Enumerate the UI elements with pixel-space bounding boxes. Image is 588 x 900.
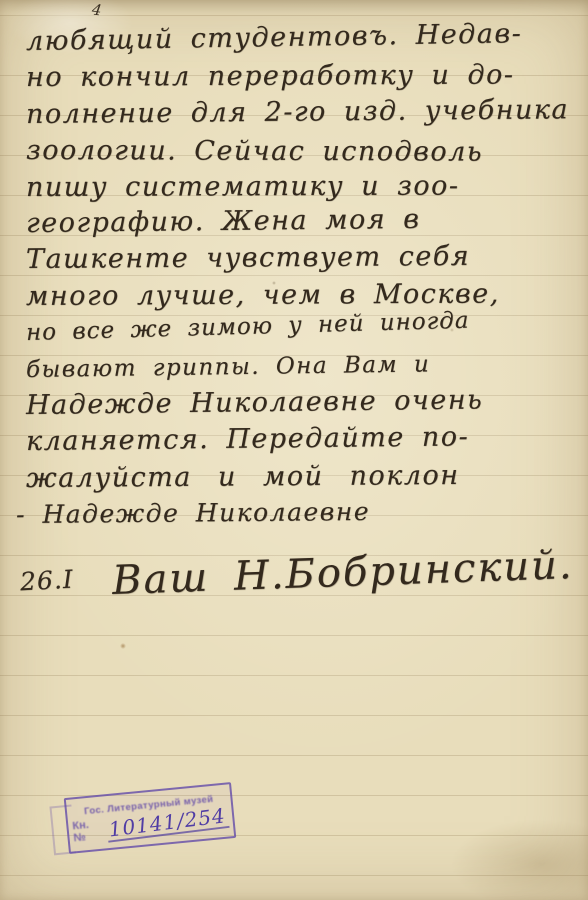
signature-row: 26.I Ваш Н.Бобринский. [0, 548, 588, 628]
handwriting-line: - Надежде Николаевне [16, 492, 582, 533]
stamp-number-prefix: Кн. № [72, 817, 105, 844]
museum-accession-stamp: Гос. Литературный музей Кн. № 10141/254 [64, 782, 237, 854]
handwriting-line: Ташкенте чувствует себя [26, 239, 582, 279]
handwriting-line: полнение для 2-го изд. учебника [26, 92, 582, 133]
handwriting-line: но кончил переработку и до- [26, 57, 582, 96]
handwriting-line: жалуйста и мой поклон [26, 457, 582, 497]
signature-date: 26.I [19, 565, 74, 597]
handwriting-line: географию. Жена моя в [26, 200, 582, 242]
handwriting-line: Надежде Николаевне очень [26, 381, 582, 424]
letter-scan-page: 4 любящий студентовъ. Недав- но кончил п… [0, 0, 588, 900]
signature-name: Ваш Н.Бобринский. [111, 542, 574, 604]
top-pen-mark: 4 [91, 0, 103, 19]
handwriting-line: любящий студентовъ. Недав- [26, 15, 583, 60]
handwritten-text-block: любящий студентовъ. Недав- но кончил пер… [26, 24, 582, 534]
handwriting-line: кланяется. Передайте по- [26, 419, 582, 461]
handwriting-line: зоологии. Сейчас исподволь [26, 133, 582, 171]
